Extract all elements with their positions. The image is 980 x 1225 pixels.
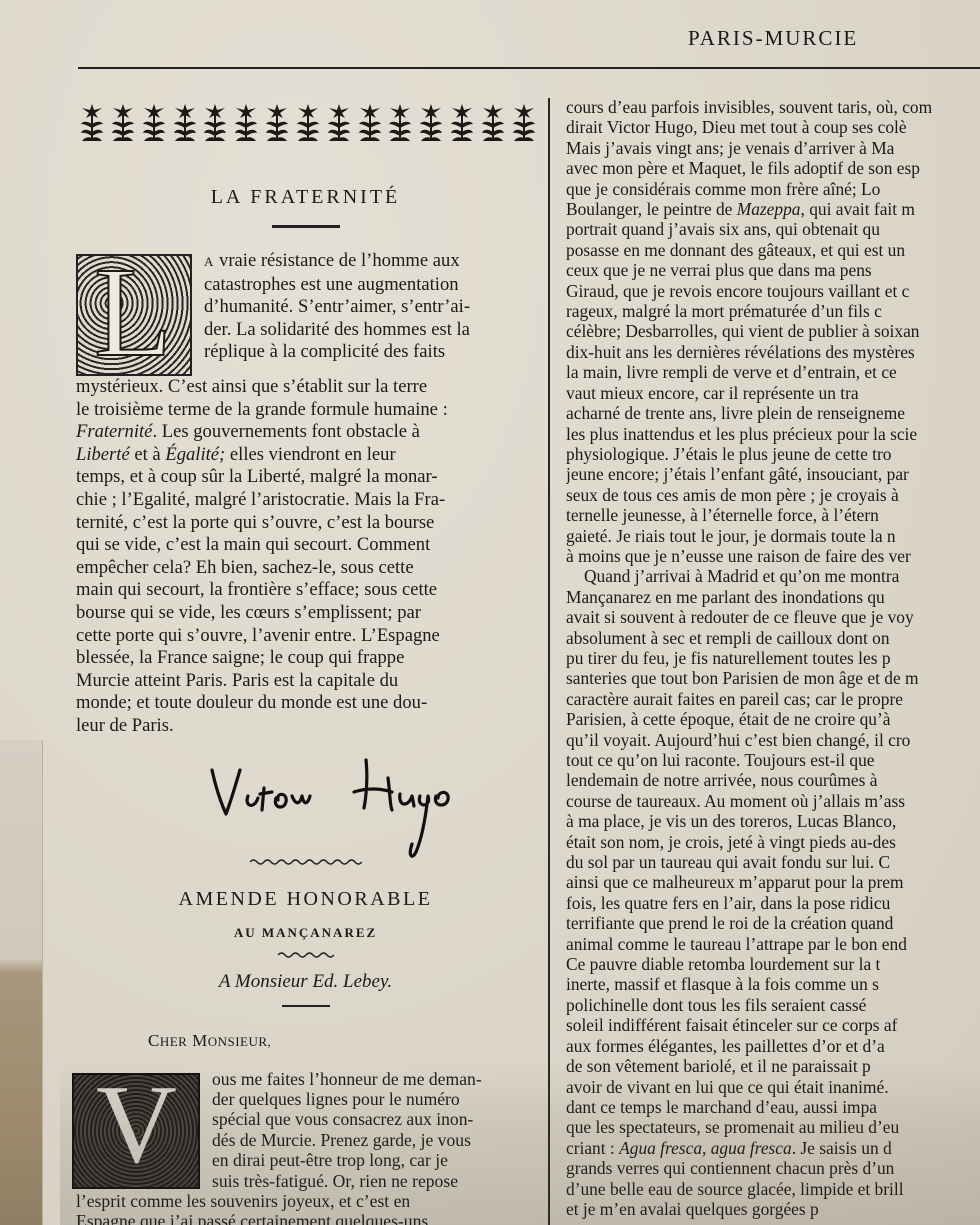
text-line: ceux que je ne verrai plus que dans ma p… [566, 260, 980, 280]
paragraph-body: mystérieux. C’est ainsi que s’établit su… [76, 376, 535, 738]
text-line: suis très-fatigué. Or, rien ne repose [212, 1171, 458, 1191]
text-line: lendemain de notre arrivée, nous courûme… [566, 770, 980, 790]
dropcap-v-icon: V [72, 1073, 200, 1189]
left-column: LA FRATERNITÉ L A vraie résistance de l’… [76, 100, 535, 1225]
text-line: avait si souvent à redouter de ce fleuve… [566, 607, 980, 627]
text-line: Murcie atteint Paris. Paris est la capit… [76, 670, 398, 691]
text-line: célèbre; Desbarrolles, qui vient de publ… [566, 321, 980, 341]
text-line: d’une belle eau de source glacée, limpid… [566, 1179, 980, 1199]
text-line: en dirai peut-être trop long, car je [212, 1150, 448, 1170]
text-line: vaut mieux encore, car il représente un … [566, 383, 980, 403]
text-line: Mançanarez en me parlant des inondations… [566, 587, 980, 607]
lily-plant-icon [111, 102, 135, 142]
text-line: fois, les quatre fers en l’air, dans la … [566, 893, 980, 913]
text-line: Liberté et à Égalité; elles viendront en… [76, 444, 396, 465]
ornament-band [80, 100, 536, 142]
text-line: d’humanité. S’entr’aimer, s’entr’ai- [204, 296, 470, 317]
text-line: que je considérais comme mon frère aîné;… [566, 179, 980, 199]
text-line: polichinelle dont tous les fils seraient… [566, 995, 980, 1015]
small-cap: A [204, 254, 214, 269]
text-line: der. La solidarité des hommes est la [204, 319, 470, 340]
title-rule [272, 225, 340, 228]
text-line: blessée, la France saigne; le coup qui f… [76, 647, 404, 668]
running-head: PARIS-MURCIE [688, 26, 858, 51]
text-line: du sol par un taureau qui avait fondu su… [566, 852, 980, 872]
lily-plant-icon [173, 102, 197, 142]
text-line: rageux, malgré la mort prématurée d’un f… [566, 301, 980, 321]
text-line: monde; et toute douleur du monde est une… [76, 692, 427, 713]
text-line: spécial que vous consacrez aux inon- [212, 1109, 473, 1129]
text-line: était son nom, je crois, jeté à vingt pi… [566, 832, 980, 852]
text-line: gaieté. Je riais tout le jour, je dormai… [566, 526, 980, 546]
text-line: avec mon père et Maquet, le fils adoptif… [566, 158, 980, 178]
signature-victor-hugo [76, 748, 535, 858]
text-line: Parisien, à cette époque, était de ne cr… [566, 709, 980, 729]
dedication-rule [282, 1005, 330, 1007]
text-line: bourse qui se vide, les cœurs s’emplisse… [76, 602, 421, 623]
text-line: vraie résistance de l’homme aux [214, 250, 459, 271]
text-line: leur de Paris. [76, 715, 174, 736]
lily-plant-icon [265, 102, 289, 142]
text-line: la main, livre rempli de verve et d’entr… [566, 362, 980, 382]
lily-plant-icon [234, 102, 258, 142]
text-line: ternité, c’est la porte qui s’ouvre, c’e… [76, 512, 434, 533]
text-line: Giraud, que je revois encore toujours va… [566, 281, 980, 301]
text-line: ous me faites l’honneur de me deman- [212, 1069, 482, 1089]
text-line: avoir de vivant en lui que ce qui était … [566, 1077, 980, 1097]
text-line: catastrophes est une augmentation [204, 274, 459, 295]
text-line: portrait quand j’avais six ans, qui obte… [566, 219, 980, 239]
text-line: cours d’eau parfois invisibles, souvent … [566, 97, 980, 117]
text-line: main qui secourt, la frontière s’efface;… [76, 579, 437, 600]
lily-plant-icon [512, 102, 536, 142]
text-line: aux formes élégantes, les paillettes d’o… [566, 1036, 980, 1056]
lily-plant-icon [388, 102, 412, 142]
text-line: jeune encore; j’étais l’enfant gâté, ins… [566, 464, 980, 484]
column-rule [548, 98, 550, 1225]
text-line: Espagne que j’ai passé certainement quel… [76, 1211, 428, 1225]
lily-plant-icon [481, 102, 505, 142]
text-line: tout ce qu’on lui raconte. Toujours est-… [566, 750, 980, 770]
text-line: soleil indifférent faisait étinceler sur… [566, 1015, 980, 1035]
text-line: posasse en me donnant des gâteaux, et qu… [566, 240, 980, 260]
torn-paper-edge [0, 740, 43, 1225]
text-line: Boulanger, le peintre de Mazeppa, qui av… [566, 199, 980, 219]
dropcap-l-icon: L [76, 254, 192, 376]
text-line: der quelques lignes pour le numéro [212, 1089, 460, 1109]
article-body-fraternite: L A vraie résistance de l’homme auxcatas… [76, 250, 535, 738]
salutation: CHER MONSIEUR, [148, 1031, 535, 1051]
lily-plant-icon [450, 102, 474, 142]
text-line: chie ; l’Egalité, malgré l’aristocratie.… [76, 489, 445, 510]
dedication: A Monsieur Ed. Lebey. [76, 971, 535, 993]
text-line: acharné de trente ans, livre plein de re… [566, 403, 980, 423]
text-line: que les spectateurs, se promenait au mil… [566, 1117, 980, 1137]
text-line: animal comme le taureau l’attrape par le… [566, 934, 980, 954]
text-line: inerte, massif et flasque à la fois comm… [566, 974, 980, 994]
text-line: à moins que je n’eusse une raison de fai… [566, 546, 980, 566]
text-line: cette porte qui s’ouvre, l’avenir entre.… [76, 625, 440, 646]
article-title-amende: AMENDE HONORABLE [76, 888, 535, 911]
text-line: terrifiante que prend le roi de la créat… [566, 913, 980, 933]
text-line: Quand j’arrivai à Madrid et qu’on me mon… [566, 566, 980, 586]
text-line: et je m’en avalai quelques gorgées p [566, 1199, 980, 1219]
text-line: dix-huit ans les dernières révélations d… [566, 342, 980, 362]
text-line: Ce pauvre diable retomba lourdement sur … [566, 954, 980, 974]
signature-icon [76, 748, 535, 868]
right-column: cours d’eau parfois invisibles, souvent … [566, 97, 980, 1219]
text-line: caractère aurait faites en pareil cas; c… [566, 689, 980, 709]
text-line: les plus inattendus et les plus précieux… [566, 424, 980, 444]
article-title-fraternite: LA FRATERNITÉ [76, 186, 535, 209]
text-line: temps, et à coup sûr la Liberté, malgré … [76, 466, 438, 487]
text-line: dés de Murcie. Prenez garde, je vous [212, 1130, 471, 1150]
text-line: le troisième terme de la grande formule … [76, 399, 448, 420]
lily-plant-icon [296, 102, 320, 142]
text-line: santeries que tout bon Parisien de mon â… [566, 668, 980, 688]
text-line: Mais j’avais vingt ans; je venais d’arri… [566, 138, 980, 158]
text-line: de son vêtement bariolé, et il ne parais… [566, 1056, 980, 1076]
text-line: à ma place, je vis un des toreros, Lucas… [566, 811, 980, 831]
wavy-divider-small [278, 951, 334, 959]
text-line: dirait Victor Hugo, Dieu met tout à coup… [566, 117, 980, 137]
text-line: qu’il voyait. Aujourd’hui c’est bien cha… [566, 730, 980, 750]
lily-plant-icon [142, 102, 166, 142]
text-line: l’esprit comme les souvenirs joyeux, et … [76, 1191, 410, 1211]
lily-plant-icon [80, 102, 104, 142]
article-subtitle: AU MANÇANAREZ [76, 925, 535, 941]
text-line: seux de tous ces amis de mon père ; je c… [566, 485, 980, 505]
lily-plant-icon [358, 102, 382, 142]
text-line: absolument à sec et rempli de cailloux d… [566, 628, 980, 648]
header-rule [78, 67, 980, 69]
paragraph-body: l’esprit comme les souvenirs joyeux, et … [76, 1191, 535, 1225]
lily-plant-icon [327, 102, 351, 142]
lily-plant-icon [203, 102, 227, 142]
text-line: physiologique. J’étais le plus jeune de … [566, 444, 980, 464]
text-line: Fraternité. Les gouvernements font obsta… [76, 421, 420, 442]
text-line: ternelle jeunesse, à l’éternelle force, … [566, 505, 980, 525]
text-line: empêcher cela? Eh bien, sachez-le, sous … [76, 557, 414, 578]
text-line: course de taureaux. Au moment où j’allai… [566, 791, 980, 811]
text-line: ainsi que ce malheureux m’apparut pour l… [566, 872, 980, 892]
lily-plant-icon [419, 102, 443, 142]
text-line: qui se vide, c’est la main qui secourt. … [76, 534, 430, 555]
text-line: dant ce temps le marchand d’eau, aussi i… [566, 1097, 980, 1117]
text-line: grands verres qui contiennent chacun prè… [566, 1158, 980, 1178]
text-line: pu tirer du feu, je fis naturellement to… [566, 648, 980, 668]
text-line: réplique à la complicité des faits [204, 341, 445, 362]
text-line: criant : Agua fresca, agua fresca. Je sa… [566, 1138, 980, 1158]
article-body-amende: V ous me faites l’honneur de me deman-de… [76, 1069, 535, 1225]
